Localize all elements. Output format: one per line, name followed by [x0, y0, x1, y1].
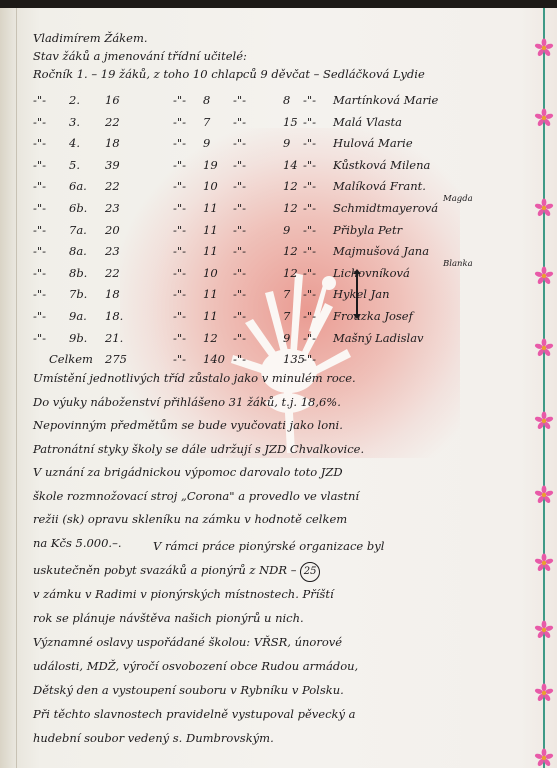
ditto-mark: -"- [233, 198, 246, 218]
teacher-cell: Malá Vlasta [333, 112, 402, 132]
girls-cell: 12 [283, 176, 298, 196]
total-cell: 18 [105, 133, 120, 153]
girls-cell: 7 [283, 284, 290, 304]
ditto-mark: -"- [303, 328, 316, 348]
teacher-cell: Mašný Ladislav [333, 328, 424, 348]
total-cell: 22 [105, 263, 120, 283]
ditto-mark: -"- [33, 112, 46, 132]
swap-arrow-icon [356, 273, 358, 315]
grade-cell: 6b. [69, 198, 87, 218]
teacher-cell: Schmidtmayerová [333, 198, 438, 218]
grade-cell: 6a. [69, 176, 87, 196]
flower-icon [534, 266, 554, 286]
ditto-mark: -"- [233, 328, 246, 348]
flower-icon [534, 198, 554, 218]
ditto-mark: -"- [173, 349, 186, 369]
total-cell: 18. [105, 306, 123, 326]
ditto-mark: -"- [33, 176, 46, 196]
girls-cell: 9 [283, 133, 290, 153]
grade-cell: 5. [69, 155, 80, 175]
flower-icon [534, 411, 554, 431]
flower-icon [534, 683, 554, 703]
ditto-mark: -"- [233, 306, 246, 326]
ditto-mark: -"- [173, 241, 186, 261]
flower-icon [534, 38, 554, 58]
grade-cell: 7a. [69, 220, 87, 240]
boys-cell: 11 [203, 241, 218, 261]
teacher-cell: Hykel Jan [333, 284, 390, 304]
paragraph-line: Nepovinným předmětům se bude vyučovati j… [33, 415, 343, 435]
girls-cell: 12 [283, 263, 298, 283]
ditto-mark: -"- [173, 133, 186, 153]
paragraph-line: na Kčs 5.000.–. [33, 533, 122, 553]
ditto-mark: -"- [173, 328, 186, 348]
boys-cell: 11 [203, 220, 218, 240]
ditto-mark: -"- [233, 155, 246, 175]
ditto-mark: -"- [173, 176, 186, 196]
flower-icon [534, 108, 554, 128]
flower-icon [534, 620, 554, 640]
ditto-mark: -"- [33, 306, 46, 326]
boys-cell: 8 [203, 90, 210, 110]
ditto-mark: -"- [173, 90, 186, 110]
ditto-mark: -"- [233, 241, 246, 261]
boys-cell: 10 [203, 176, 218, 196]
total-cell: 20 [105, 220, 120, 240]
girls-cell: 15 [283, 112, 298, 132]
teacher-firstname-note: Blanka [443, 254, 473, 274]
total-cell: 18 [105, 284, 120, 304]
ditto-mark: -"- [33, 90, 46, 110]
paragraph-line: režii (sk) opravu skleníku na zámku v ho… [33, 509, 347, 529]
para2-line1: V rámci práce pionýrské organizace byl [153, 536, 384, 556]
ditto-mark: -"- [233, 176, 246, 196]
boys-cell: 11 [203, 198, 218, 218]
ditto-mark: -"- [173, 263, 186, 283]
first-row: Ročník 1. – 19 žáků, z toho 10 chlapců 9… [33, 64, 425, 84]
paragraph-line: Patronátní styky školy se dále udržují s… [33, 439, 364, 459]
para2-line2-text: uskutečněn pobyt svazáků a pionýrů z NDR… [33, 563, 296, 577]
grade-cell: 3. [69, 112, 80, 132]
girls-cell: 14 [283, 155, 298, 175]
para2-line5: Významné oslavy uspořádané školou: VŘSR,… [33, 632, 342, 652]
grade-cell: 4. [69, 133, 80, 153]
ditto-mark: -"- [173, 306, 186, 326]
ditto-mark: -"- [173, 112, 186, 132]
ditto-mark: -"- [173, 220, 186, 240]
ditto-mark: -"- [33, 241, 46, 261]
teacher-firstname-note: Magda [443, 189, 473, 209]
ditto-mark: -"- [303, 155, 316, 175]
boys-cell: 19 [203, 155, 218, 175]
class-heading: Stav žáků a jmenování třídní učitelé: [33, 46, 247, 66]
ditto-mark: -"- [303, 112, 316, 132]
total-cell: 22 [105, 112, 120, 132]
total-count: 275 [105, 349, 127, 369]
para2-line2: uskutečněn pobyt svazáků a pionýrů z NDR… [33, 560, 320, 580]
circled-number: 25 [300, 562, 320, 582]
girls-cell: 9 [283, 328, 290, 348]
girls-cell: 7 [283, 306, 290, 326]
ditto-mark: -"- [33, 198, 46, 218]
boys-cell: 7 [203, 112, 210, 132]
boys-cell: 11 [203, 284, 218, 304]
girls-cell: 9 [283, 220, 290, 240]
girls-cell: 12 [283, 198, 298, 218]
ditto-mark: -"- [233, 220, 246, 240]
ditto-mark: -"- [233, 263, 246, 283]
teacher-cell: Frouzka Josef [333, 306, 413, 326]
flower-icon [534, 485, 554, 505]
para2-line3: v zámku v Radimi v pionýrských místnoste… [33, 584, 334, 604]
ditto-mark: -"- [33, 220, 46, 240]
ditto-mark: -"- [303, 306, 316, 326]
ditto-mark: -"- [33, 155, 46, 175]
teacher-cell: Martínková Marie [333, 90, 438, 110]
ditto-mark: -"- [233, 133, 246, 153]
para2-line8: Při těchto slavnostech pravidelně vystup… [33, 704, 356, 724]
boys-cell: 10 [203, 263, 218, 283]
ditto-mark: -"- [33, 263, 46, 283]
grade-cell: 7b. [69, 284, 87, 304]
ditto-mark: -"- [303, 133, 316, 153]
ditto-mark: -"- [303, 220, 316, 240]
ditto-mark: -"- [303, 284, 316, 304]
flower-icon [534, 748, 554, 768]
paragraph-line: V uznání za brigádnickou výpomoc daroval… [33, 462, 343, 482]
girls-cell: 12 [283, 241, 298, 261]
total-cell: 23 [105, 198, 120, 218]
grade-cell: 8a. [69, 241, 87, 261]
ditto-mark: -"- [303, 176, 316, 196]
total-cell: 21. [105, 328, 123, 348]
grade-cell: 9b. [69, 328, 87, 348]
intro-line: Vladimírem Žákem. [33, 28, 148, 48]
para2-line7: Dětský den a vystoupení souboru v Rybník… [33, 680, 344, 700]
total-cell: 22 [105, 176, 120, 196]
teacher-cell: Kůstková Milena [333, 155, 430, 175]
para2-line4: rok se plánuje návštěva našich pionýrů u… [33, 608, 304, 628]
ditto-mark: -"- [303, 198, 316, 218]
ditto-mark: -"- [33, 133, 46, 153]
girls-cell: 8 [283, 90, 290, 110]
total-cell: 39 [105, 155, 120, 175]
total-cell: 23 [105, 241, 120, 261]
total-girls: 135 [283, 349, 305, 369]
ditto-mark: -"- [303, 263, 316, 283]
ditto-mark: -"- [33, 284, 46, 304]
teacher-cell: Přibyla Petr [333, 220, 402, 240]
ditto-mark: -"- [233, 90, 246, 110]
teacher-cell: Hulová Marie [333, 133, 413, 153]
flower-icon [534, 338, 554, 358]
total-boys: 140 [203, 349, 225, 369]
boys-cell: 9 [203, 133, 210, 153]
boys-cell: 11 [203, 306, 218, 326]
ditto-mark: -"- [173, 198, 186, 218]
page-gutter [16, 8, 17, 768]
ditto-mark: -"- [233, 112, 246, 132]
ditto-mark: -"- [303, 90, 316, 110]
grade-cell: 9a. [69, 306, 87, 326]
ditto-mark: -"- [173, 155, 186, 175]
total-cell: 16 [105, 90, 120, 110]
paragraph-line: Umístění jednotlivých tříd zůstalo jako … [33, 368, 356, 388]
ditto-mark: -"- [233, 349, 246, 369]
para2-line9: hudební soubor vedený s. Dumbrovským. [33, 728, 274, 748]
teacher-cell: Lichovníková [333, 263, 410, 283]
teacher-cell: Malíková Frant. [333, 176, 426, 196]
para2-line6: události, MDŽ, výročí osvobození obce Ru… [33, 656, 358, 676]
ditto-mark: -"- [303, 241, 316, 261]
grade-cell: 8b. [69, 263, 87, 283]
notebook-page: Vladimírem Žákem. Stav žáků a jmenování … [0, 8, 557, 768]
paragraph-line: Do výuky náboženství přihlášeno 31 žáků,… [33, 392, 341, 412]
flower-icon [534, 553, 554, 573]
ditto-mark: -"- [233, 284, 246, 304]
ditto-mark: -"- [303, 349, 316, 369]
total-label: Celkem [49, 349, 93, 369]
grade-cell: 2. [69, 90, 80, 110]
ditto-mark: -"- [33, 328, 46, 348]
ditto-mark: -"- [173, 284, 186, 304]
paragraph-line: škole rozmnožovací stroj „Corona" a prov… [33, 486, 359, 506]
teacher-cell: Majmušová Jana [333, 241, 429, 261]
boys-cell: 12 [203, 328, 218, 348]
